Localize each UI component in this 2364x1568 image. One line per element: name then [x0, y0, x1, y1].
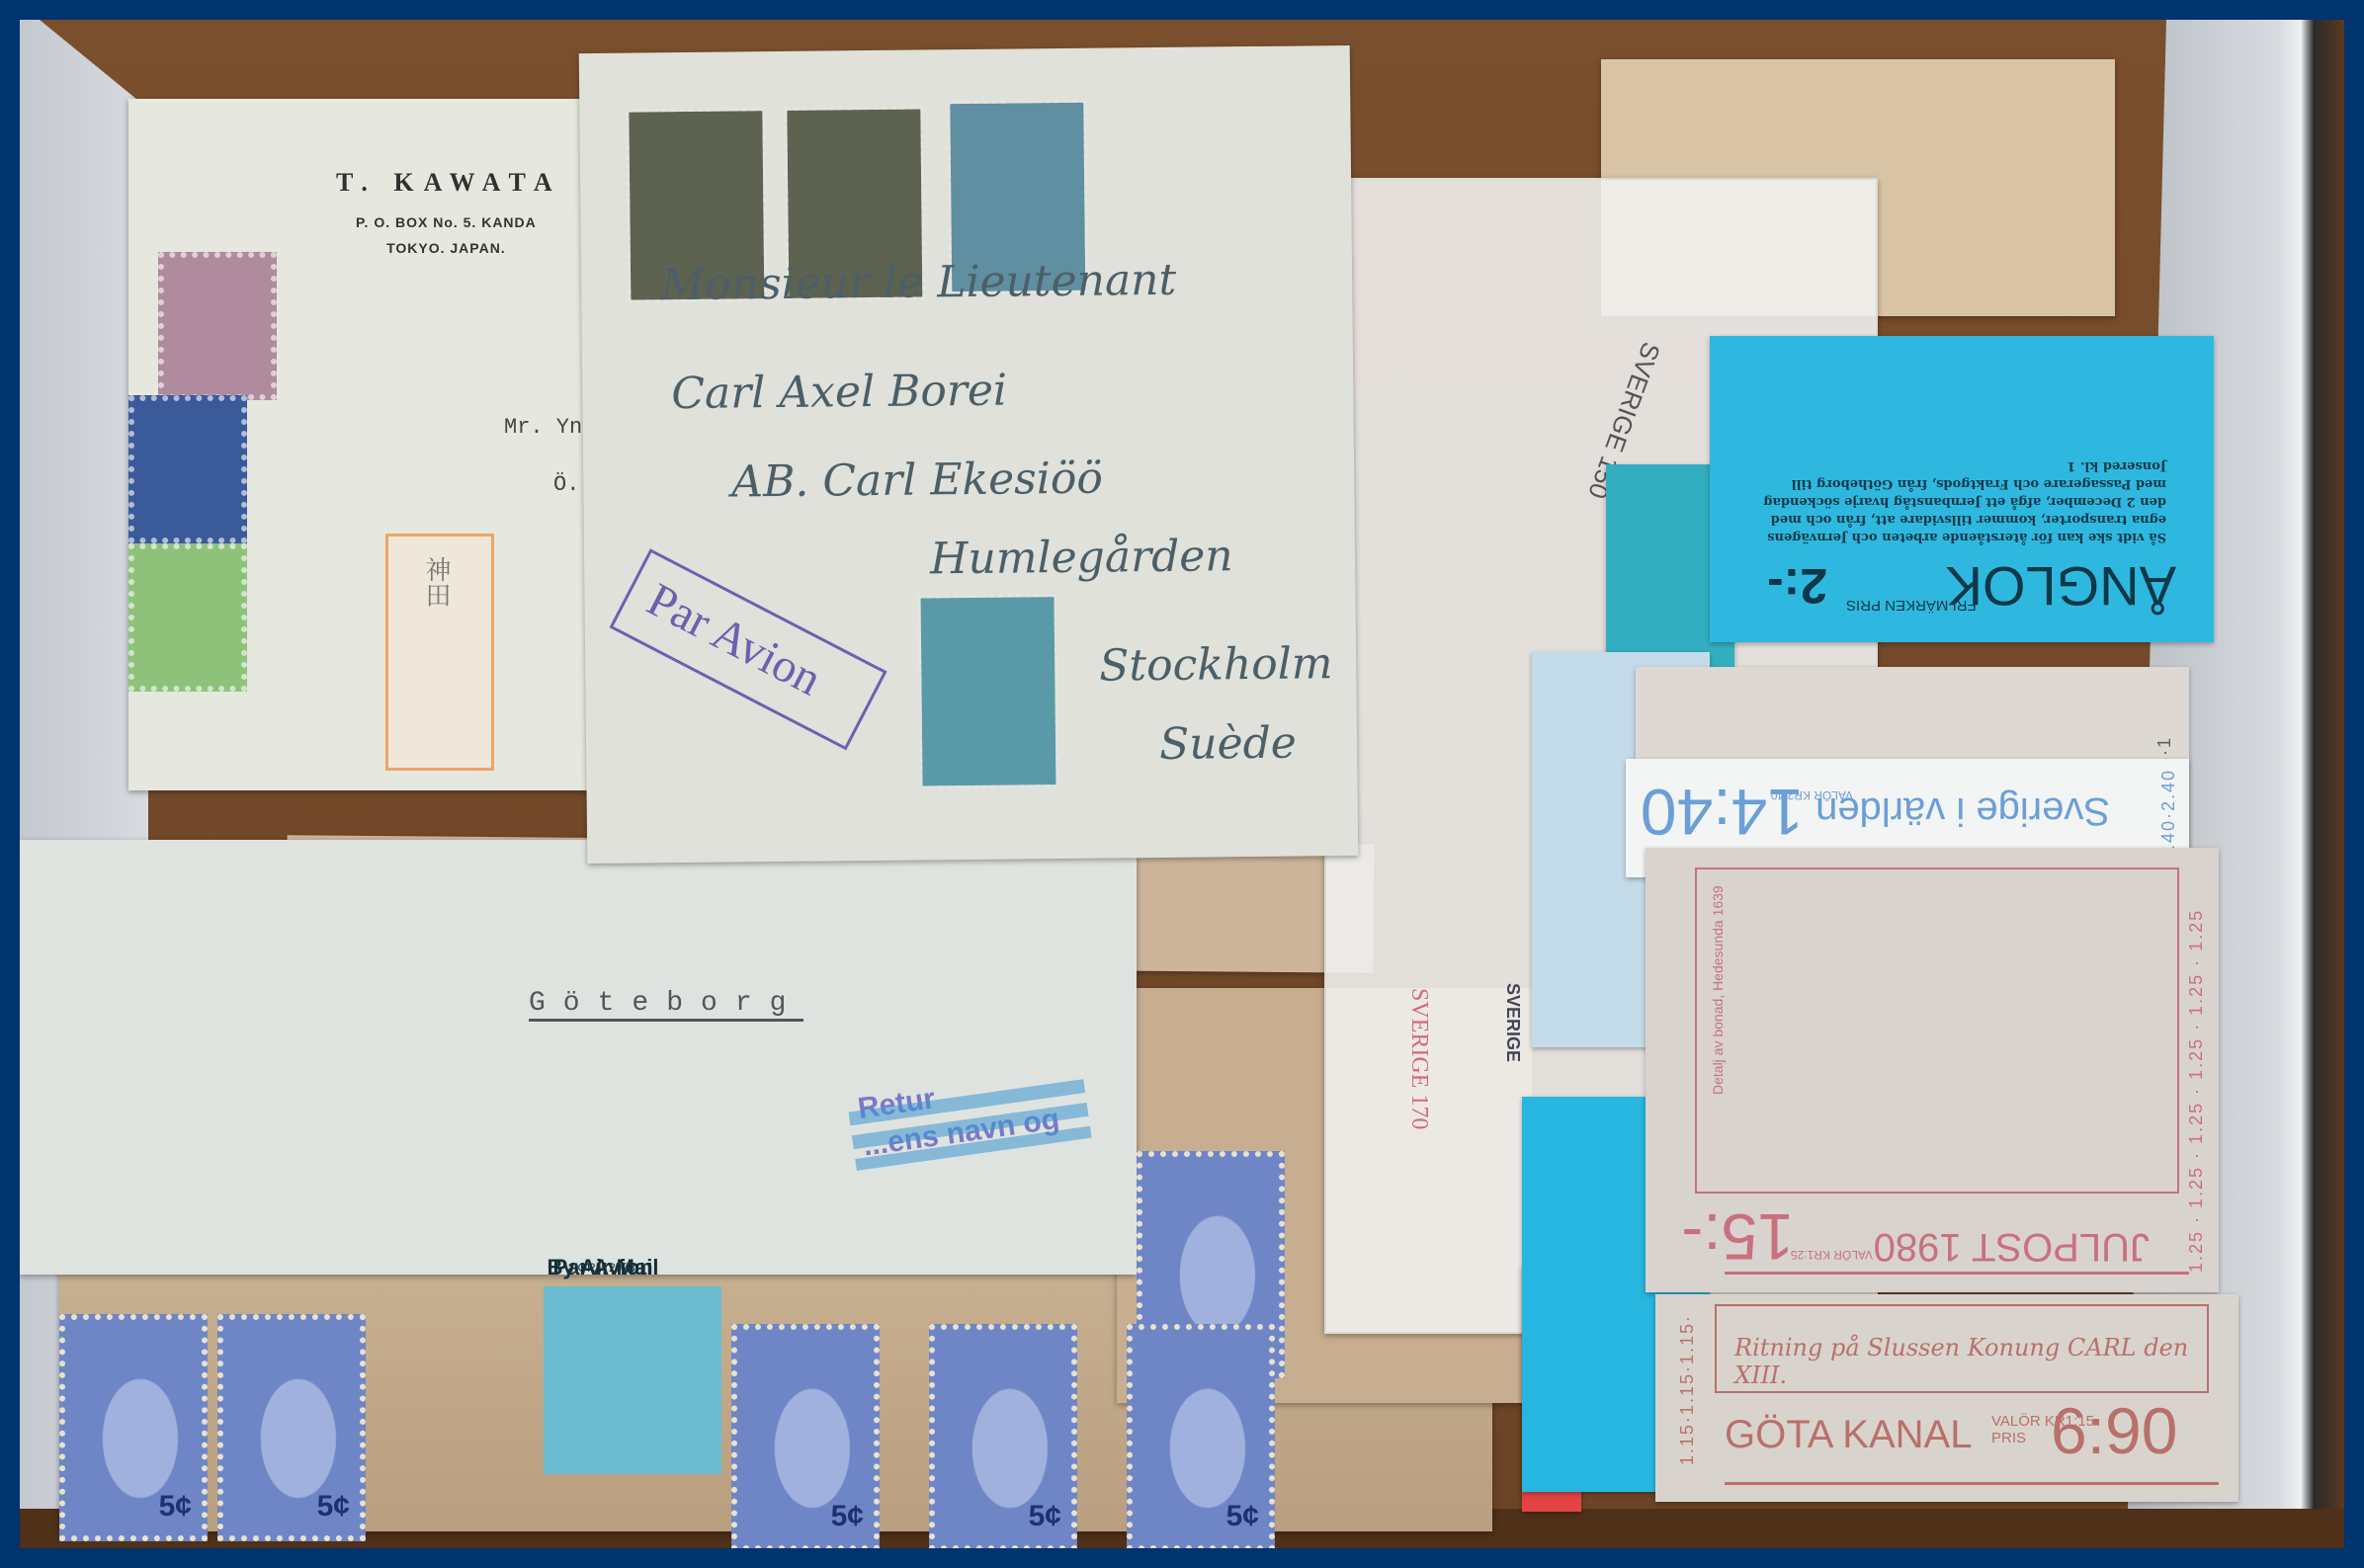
airmail-label: Par Avion By Air Mail FORM 2978 — [544, 1286, 721, 1474]
booklet-price-label: FRI MÄRKEN PRIS — [1846, 597, 1977, 613]
us-stamp: 5¢ — [217, 1314, 366, 1541]
addressee-line: Mr. Yng — [504, 415, 595, 440]
handwritten-address: Carl Axel Borei — [671, 366, 1007, 420]
booklet-text: Så vidt ske kan för återstående arbeten … — [1761, 456, 2166, 545]
handwritten-address: AB. Carl Ekesiöö — [731, 454, 1103, 508]
booklet-rule — [1725, 1482, 2219, 1485]
sender-address: P. O. BOX No. 5. KANDA TOKYO. JAPAN. — [356, 209, 537, 261]
booklet-gota-kanal: Ritning på Slussen Konung CARL den XIII.… — [1655, 1294, 2238, 1502]
maroc-stamp-25 — [921, 597, 1056, 785]
goteborg-city: Göteborg — [529, 988, 803, 1022]
retur-stamp: Retur ...ens navn og — [856, 1063, 1062, 1165]
handwritten-address: Humlegården — [930, 531, 1233, 584]
sender-name: T. KAWATA — [336, 168, 562, 198]
sverige-stamp-strip: SVERIGE 170 — [1389, 988, 1432, 1225]
booklet-caption: Ritning på Slussen Konung CARL den XIII. — [1734, 1334, 2238, 1389]
booklet-anglok: ÅNGLOK FRI MÄRKEN PRIS 2:- Så vidt ske k… — [1710, 336, 2214, 642]
booklet-side-values: 1.15·1.15·1.15· — [1677, 1314, 1698, 1465]
japan-stamp-blue — [128, 395, 247, 543]
par-avion-cachet: Par Avion — [609, 548, 886, 750]
kanda-registration-label: 神田 — [385, 534, 494, 771]
goteborg-cover: Göteborg Retur ...ens navn og — [20, 840, 1137, 1275]
japan-stamp-green — [128, 543, 247, 692]
booklet-julpost-1980: JULPOST 1980 VALÖR KR1:25 15:- 1.25 · 1.… — [1646, 848, 2219, 1292]
us-stamp: 5¢ — [59, 1314, 208, 1541]
japan-stamp-mt-fuji — [158, 252, 277, 400]
us-stamp: 5¢ — [929, 1324, 1077, 1548]
us-stamp: 5¢ — [731, 1324, 880, 1548]
booklet-price: 2:- — [1767, 557, 1827, 615]
photo-scene: Göteborg Retur ...ens navn og 5¢ 5¢ Par … — [20, 20, 2344, 1548]
booklet-title: GÖTA KANAL — [1725, 1413, 1972, 1457]
handwritten-address: Monsieur le Lieutenant — [660, 255, 1177, 310]
handwritten-address: Stockholm — [1099, 638, 1333, 691]
maroc-cover: Monsieur le Lieutenant Carl Axel Borei A… — [579, 45, 1359, 864]
sverige-stamp: SVERIGE — [1502, 983, 1523, 1062]
us-stamp: 5¢ — [1127, 1324, 1275, 1548]
booklet-price: 6:90 — [2051, 1393, 2177, 1468]
handwritten-address: Suède — [1159, 718, 1297, 770]
booklet-title: ÅNGLOK — [1946, 554, 2176, 619]
